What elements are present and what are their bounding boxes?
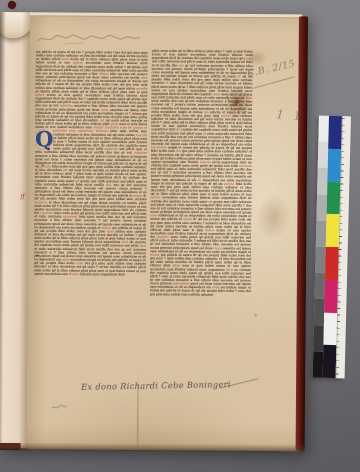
calibration-patch [324, 280, 338, 313]
calibration-patch [316, 220, 327, 246]
text-column-2: pficit aiam scdm qd in libro ethicoz pba… [149, 49, 253, 378]
text-column-1: qm pdictis ut supra dr qd oia ¶ pcepta f… [33, 50, 148, 375]
body-text-block-2: pmo quia nullus sine caritate saluatur e… [34, 130, 147, 277]
photo-stage: qm pdictis ut supra dr qd oia ¶ pcepta f… [0, 0, 360, 472]
faded-inscription [34, 30, 146, 47]
calibration-patch [327, 149, 341, 182]
body-text-block-1: qm pdictis ut supra dr qd oia ¶ pcepta f… [35, 50, 148, 129]
calibration-patch [316, 194, 327, 220]
calibration-patch [323, 312, 337, 345]
text-column-2-inner: pficit aiam scdm qd in libro ethicoz pba… [149, 49, 253, 378]
manuscript-book: qm pdictis ut supra dr qd oia ¶ pcepta f… [0, 12, 306, 452]
text-column-1-inner: qm pdictis ut supra dr qd oia ¶ pcepta f… [33, 50, 148, 375]
calibration-patch [314, 299, 325, 325]
margin-rubric-mark: ff [21, 193, 25, 200]
calibration-patch [326, 214, 340, 247]
calibration-patch [327, 181, 341, 214]
illuminated-initial: Q [35, 130, 51, 148]
pencil-strokes: 1 1 [276, 107, 305, 123]
body-text-block-3: pficit aiam scdm qd in libro ethicoz pba… [150, 49, 253, 296]
calibration-patch [315, 247, 326, 273]
book-bottom-edge [0, 442, 305, 452]
calibration-patch [313, 325, 324, 351]
calibration-patch [315, 273, 326, 299]
calibration-patch [317, 168, 328, 194]
calibration-patch [318, 116, 329, 142]
calibration-patch [313, 351, 324, 377]
calibration-patch [325, 247, 339, 280]
color-calibration-bar [313, 116, 350, 379]
calibration-patch [328, 116, 342, 149]
calibration-patch [318, 142, 329, 168]
cover-corner-top-left [7, 0, 18, 10]
pencil-squiggle [51, 402, 67, 411]
calibration-patch [323, 345, 337, 378]
